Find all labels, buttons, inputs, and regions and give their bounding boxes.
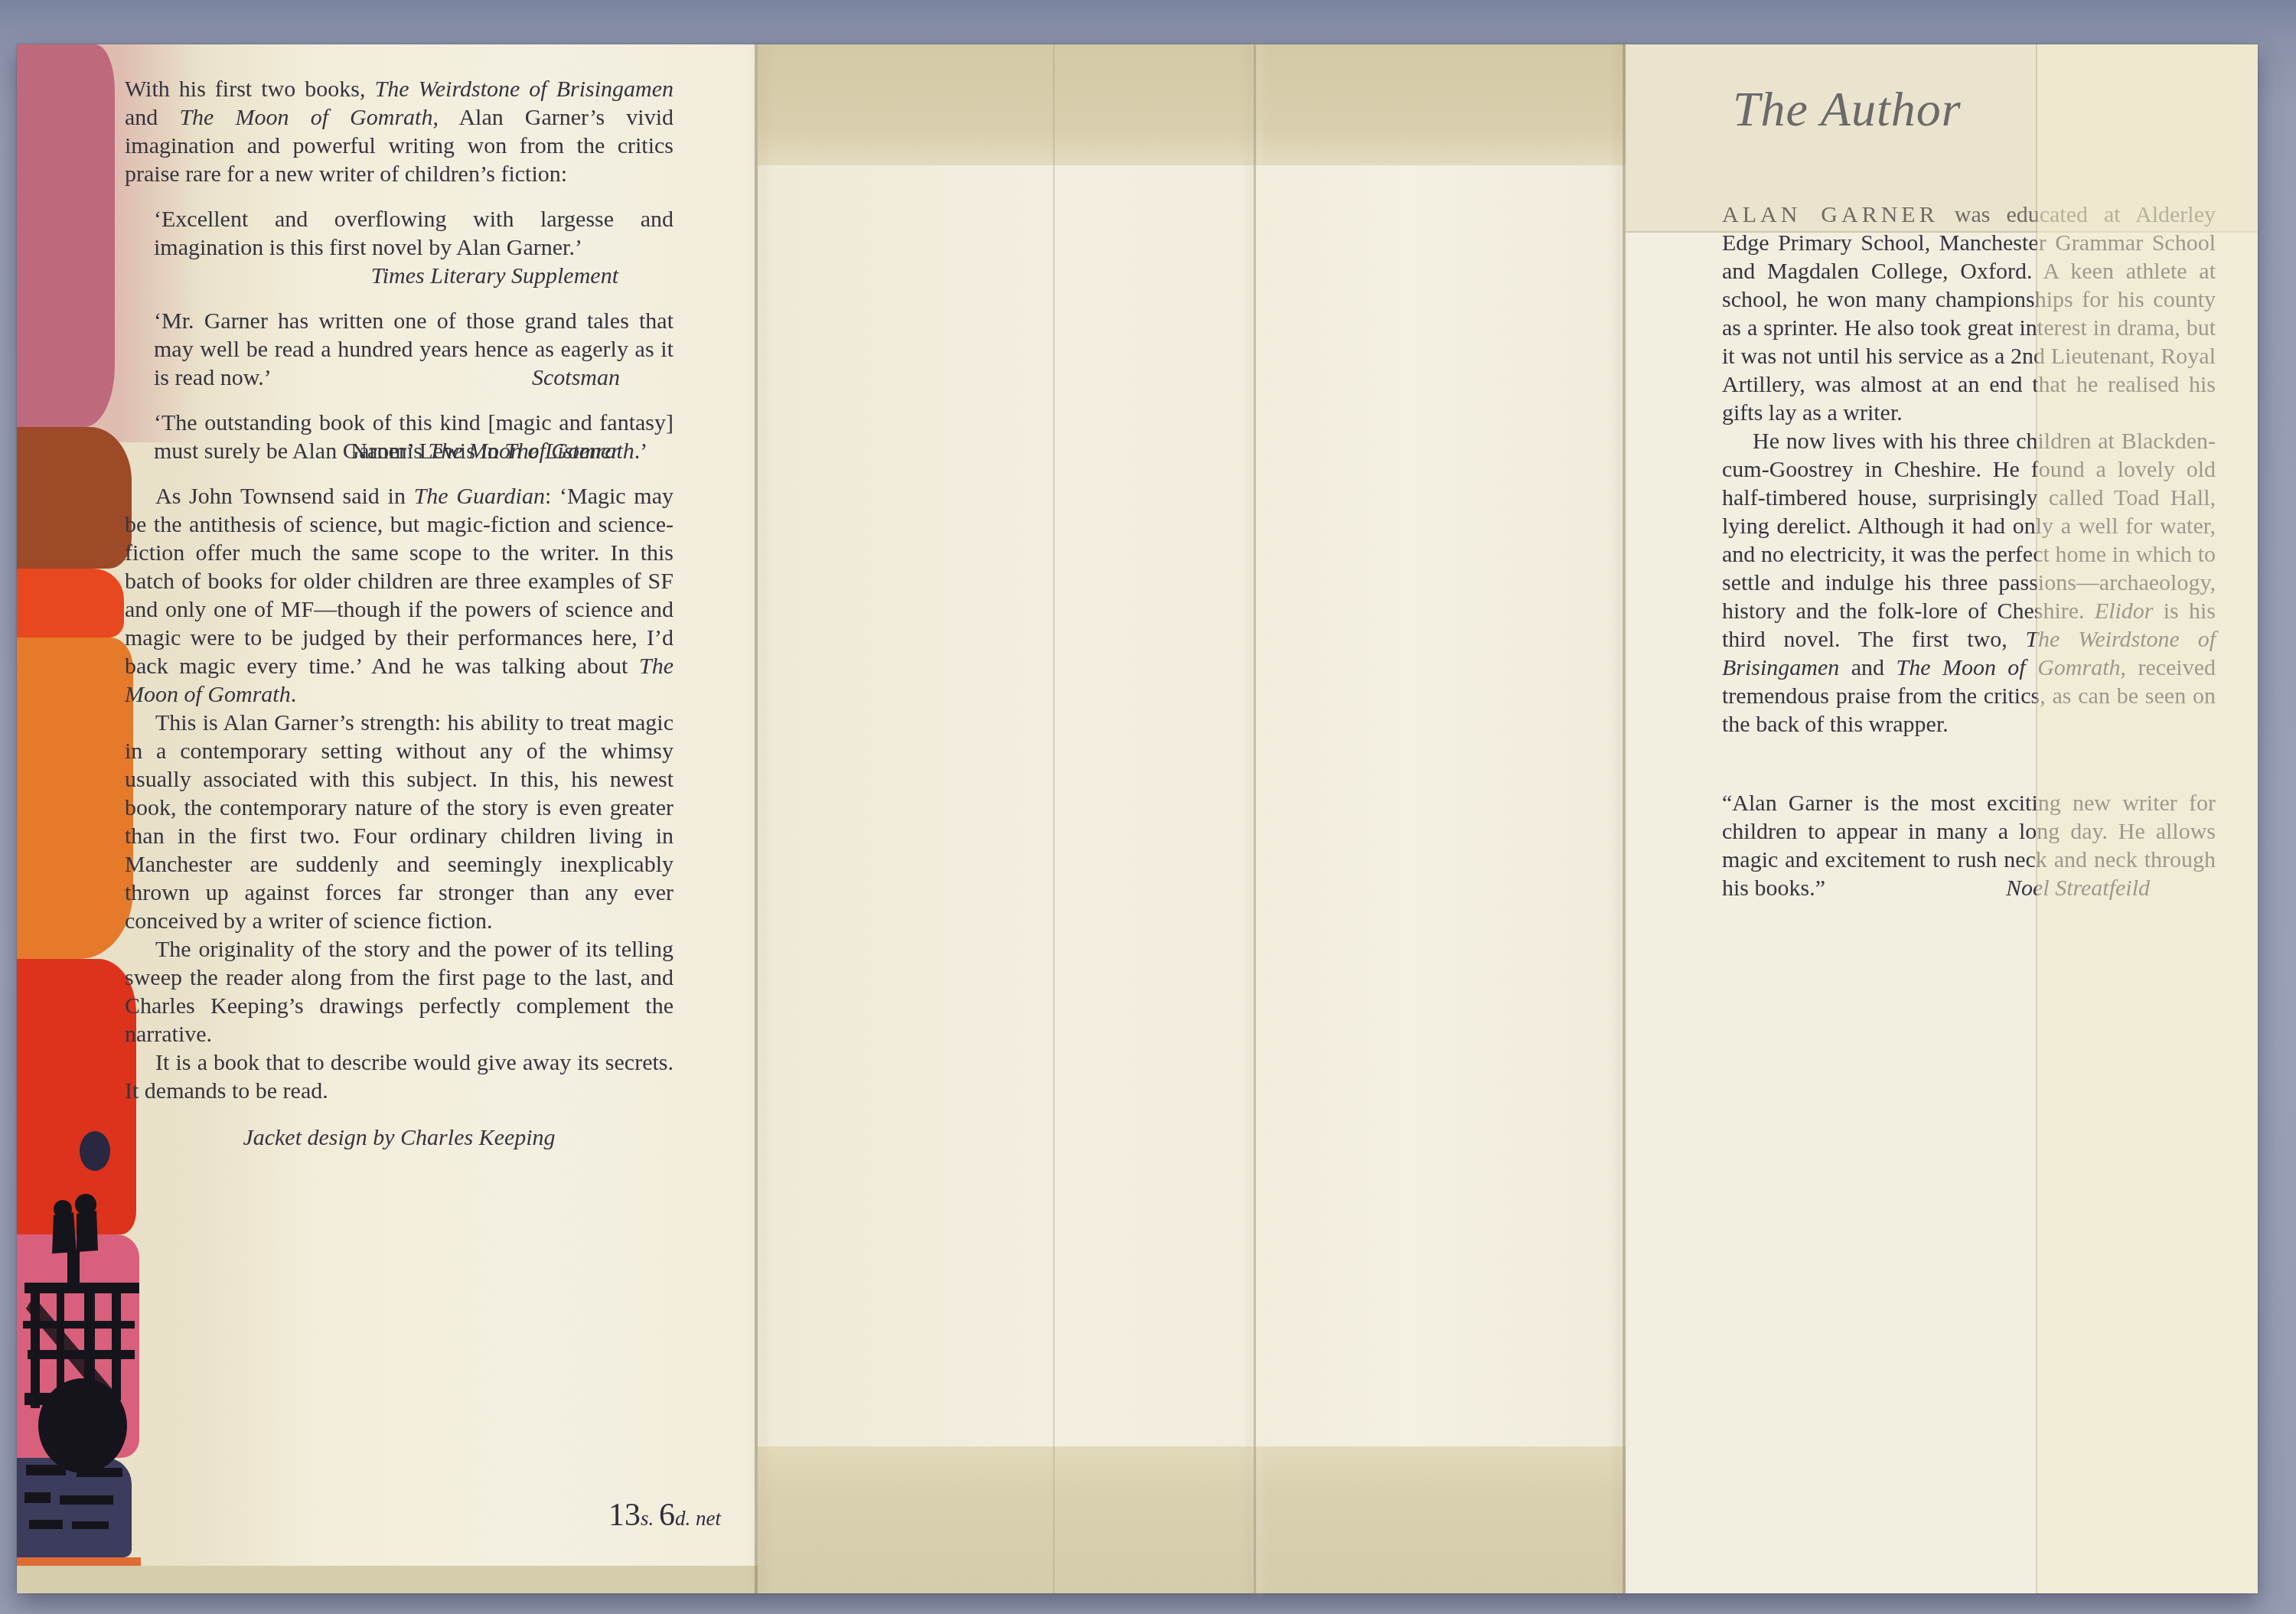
aged-tan-strip-bottom-left [17,1566,758,1593]
jacket-design-credit: Jacket design by Charles Keeping [125,1123,673,1152]
dust-jacket: With his first two books, The Weirdstone… [17,44,2258,1593]
review-attribution: Times Literary Supplement [154,262,673,290]
blurb-paragraph: It is a book that to describe would give… [125,1048,673,1105]
artwork-band-orange [17,637,133,959]
review-quote-times: ‘Excellent and overflowing with largesse… [154,205,673,290]
artwork-band-rose [17,44,115,427]
photo-background: With his first two books, The Weirdstone… [0,0,2296,1614]
review-attribution: Scotsman [532,364,620,392]
front-flap-blurb: With his first two books, The Weirdstone… [125,75,673,1152]
front-flap-panel: With his first two books, The Weirdstone… [17,44,758,1593]
review-quote-listener: ‘The outstanding book of this kind [magi… [154,409,673,465]
back-panel-crease-left [1053,44,1055,1593]
keeping-artwork-silhouette [23,1192,153,1560]
front-flap-fold-crease [755,44,758,1593]
price: 13s. 6d. net [608,1497,721,1534]
blurb-paragraph: The originality of the story and the pow… [125,935,673,1048]
review-quote-scotsman: ‘Mr. Garner has written one of those gra… [154,307,673,392]
back-flap-right-tint [2037,44,2258,1593]
artwork-band-red-orange [17,569,124,637]
artwork-ink-blob [80,1131,110,1171]
blurb-intro-paragraph: With his first two books, The Weirdstone… [125,75,673,188]
aged-tan-band-top [758,44,1626,165]
back-flap-fold-crease [1623,44,1626,1593]
review-quote-text: ‘Excellent and overflowing with largesse… [154,205,673,262]
review-attribution: Naomi Lewis in The Listener [351,437,620,465]
back-panel [758,44,1626,1593]
spine-fold-crease [1254,44,1256,1593]
blurb-paragraph: As John Townsend said in The Guardian: ‘… [125,482,673,709]
artwork-band-rust [17,427,132,569]
back-flap-edge-crease [2036,44,2037,1593]
blurb-paragraph: This is Alan Garner’s strength: his abil… [125,709,673,935]
